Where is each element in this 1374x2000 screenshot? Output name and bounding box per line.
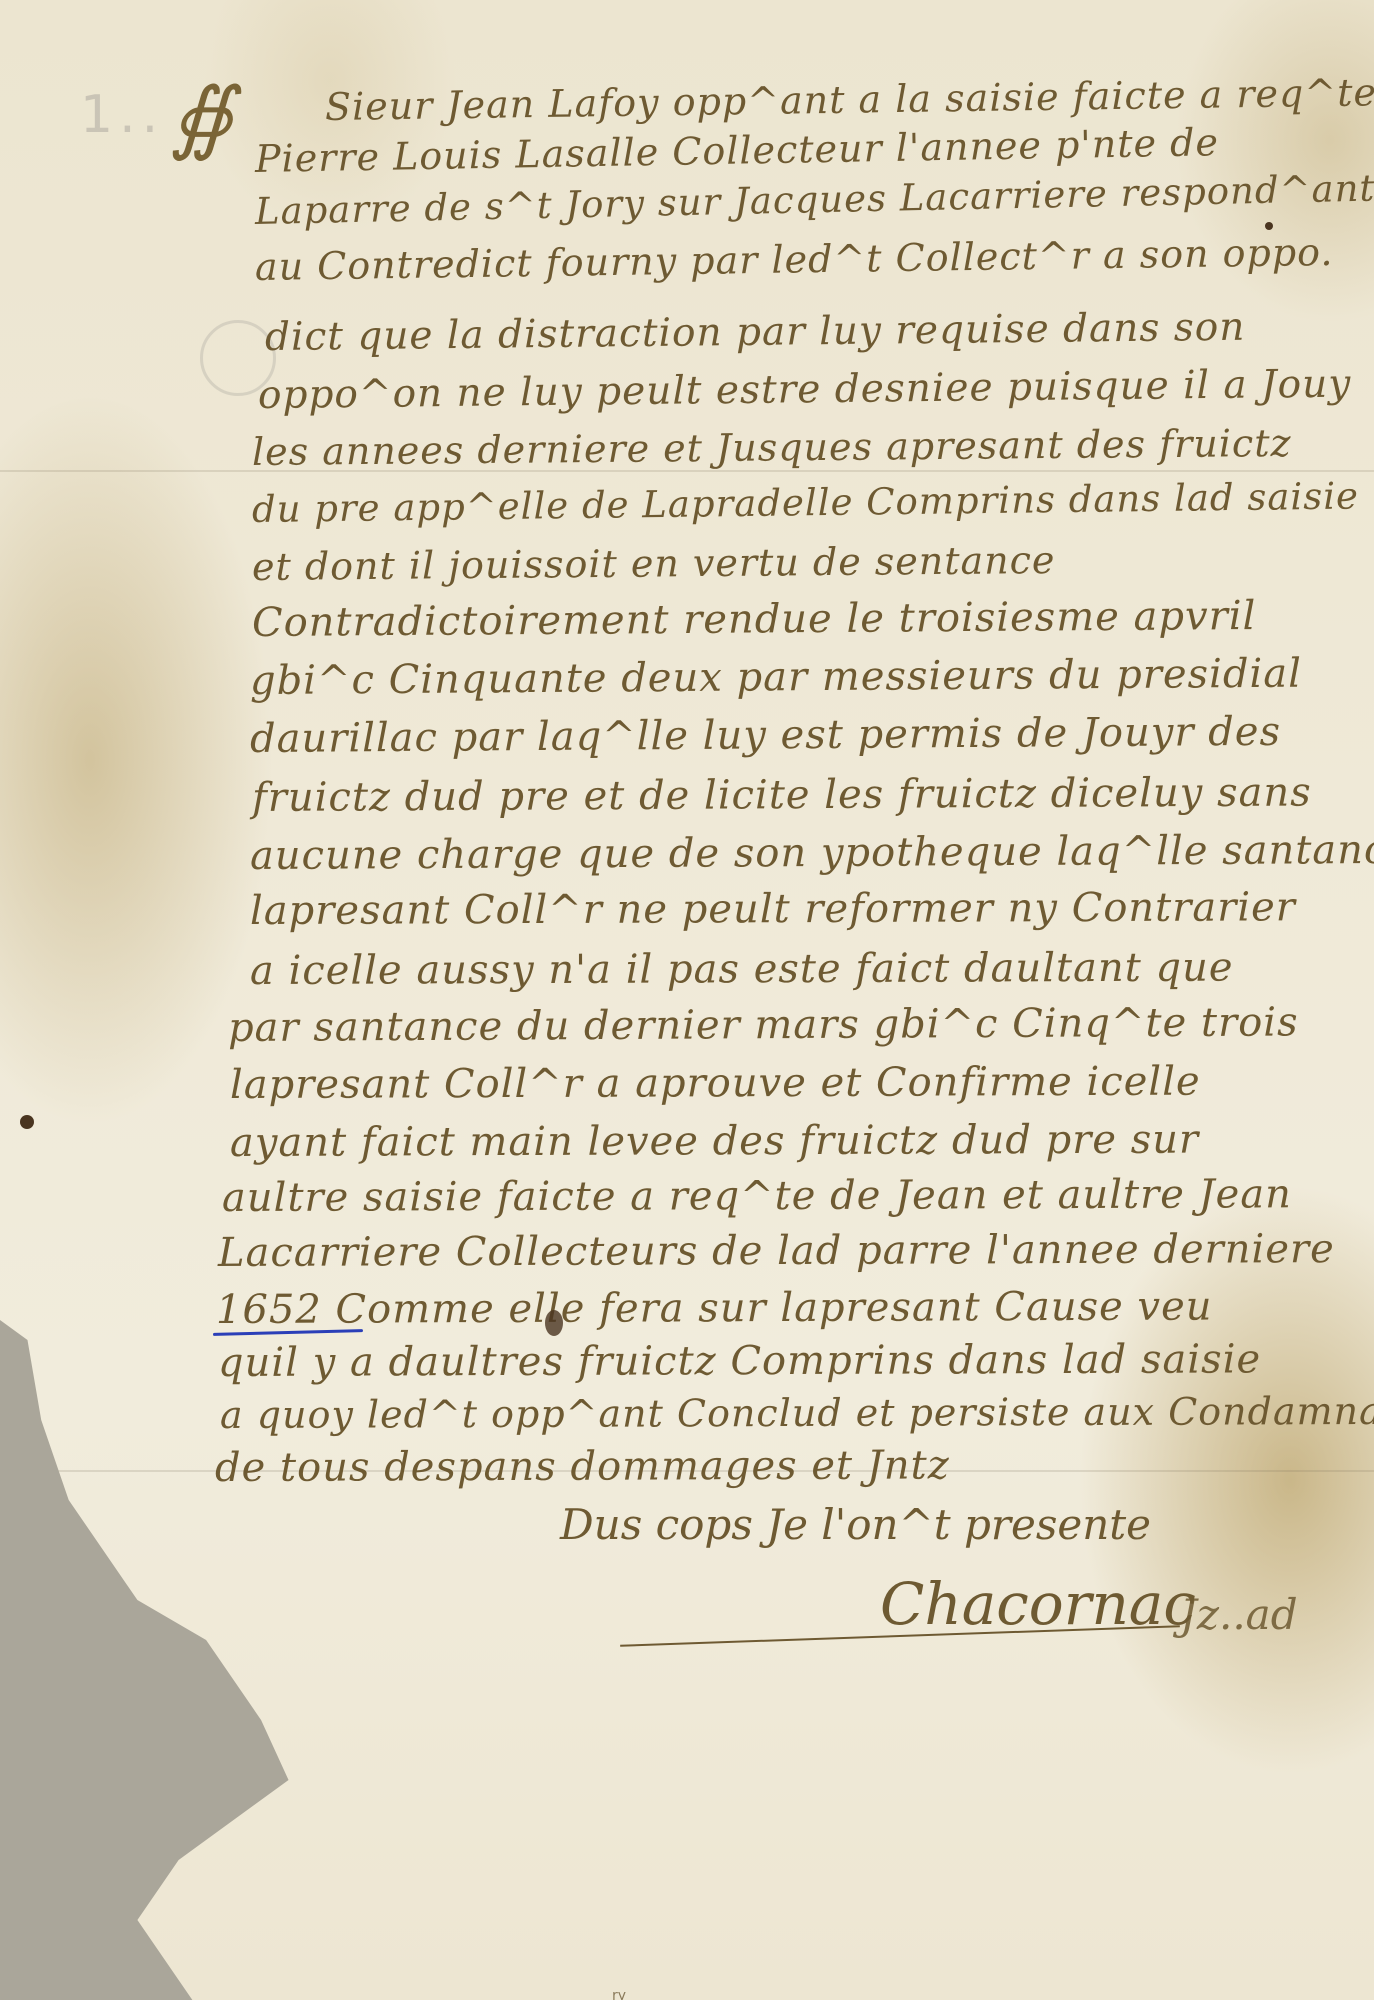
manuscript-line: fruictz dud pre et de licite les fruictz… bbox=[252, 769, 1312, 821]
ink-blot bbox=[20, 1115, 34, 1129]
manuscript-line: oppo^on ne luy peult estre desniee puisq… bbox=[258, 362, 1352, 418]
manuscript-line: et dont il jouissoit en vertu de sentanc… bbox=[252, 538, 1056, 589]
manuscript-line: par santance du dernier mars gbi^c Cinq^… bbox=[228, 999, 1299, 1051]
signature-secondary: Jz..ad bbox=[1180, 1590, 1298, 1639]
manuscript-text: ∯ Sieur Jean Lafoy opp^ant a la saisie f… bbox=[0, 0, 1374, 2000]
manuscript-line: a quoy led^t opp^ant Conclud et persiste… bbox=[220, 1389, 1374, 1437]
ink-blot bbox=[545, 1310, 563, 1336]
manuscript-line: lapresant Coll^r a aprouve et Confirme i… bbox=[230, 1059, 1201, 1108]
manuscript-line: dict que la distraction par luy requise … bbox=[265, 305, 1246, 360]
manuscript-line: gbi^c Cinquante deux par messieurs du pr… bbox=[250, 651, 1302, 704]
manuscript-line: Lacarriere Collecteurs de lad parre l'an… bbox=[218, 1226, 1335, 1276]
manuscript-line: aultre saisie faicte a req^te de Jean et… bbox=[222, 1171, 1292, 1221]
manuscript-line: du pre app^elle de Lapradelle Comprins d… bbox=[252, 474, 1359, 531]
manuscript-line: les annees derniere et Jusques apresant … bbox=[252, 421, 1292, 474]
manuscript-line: 1652 Comme elle fera sur lapresant Cause… bbox=[216, 1284, 1213, 1333]
manuscript-line: de tous despans dommages et Jntz bbox=[215, 1442, 950, 1491]
manuscript-line: Contradictoirement rendue le troisiesme … bbox=[252, 593, 1257, 646]
manuscript-line: a icelle aussy n'a il pas este faict dau… bbox=[250, 945, 1234, 994]
closing-line: Dus cops Je l'on^t presente bbox=[560, 1500, 1151, 1549]
margin-flourish-icon: ∯ bbox=[170, 70, 233, 163]
manuscript-line: au Contredict fourny par led^t Collect^r… bbox=[255, 230, 1334, 289]
ink-blot bbox=[1265, 222, 1273, 230]
footer-mark: ry bbox=[612, 1988, 626, 2000]
manuscript-line: lapresant Coll^r ne peult reformer ny Co… bbox=[250, 884, 1296, 934]
manuscript-line: quil y a daultres fruictz Comprins dans … bbox=[218, 1336, 1261, 1386]
manuscript-line: daurillac par laq^lle luy est permis de … bbox=[250, 709, 1281, 762]
manuscript-line: ayant faict main levee des fruictz dud p… bbox=[230, 1117, 1199, 1166]
manuscript-line: aucune charge que de son ypotheque laq^l… bbox=[250, 827, 1374, 879]
